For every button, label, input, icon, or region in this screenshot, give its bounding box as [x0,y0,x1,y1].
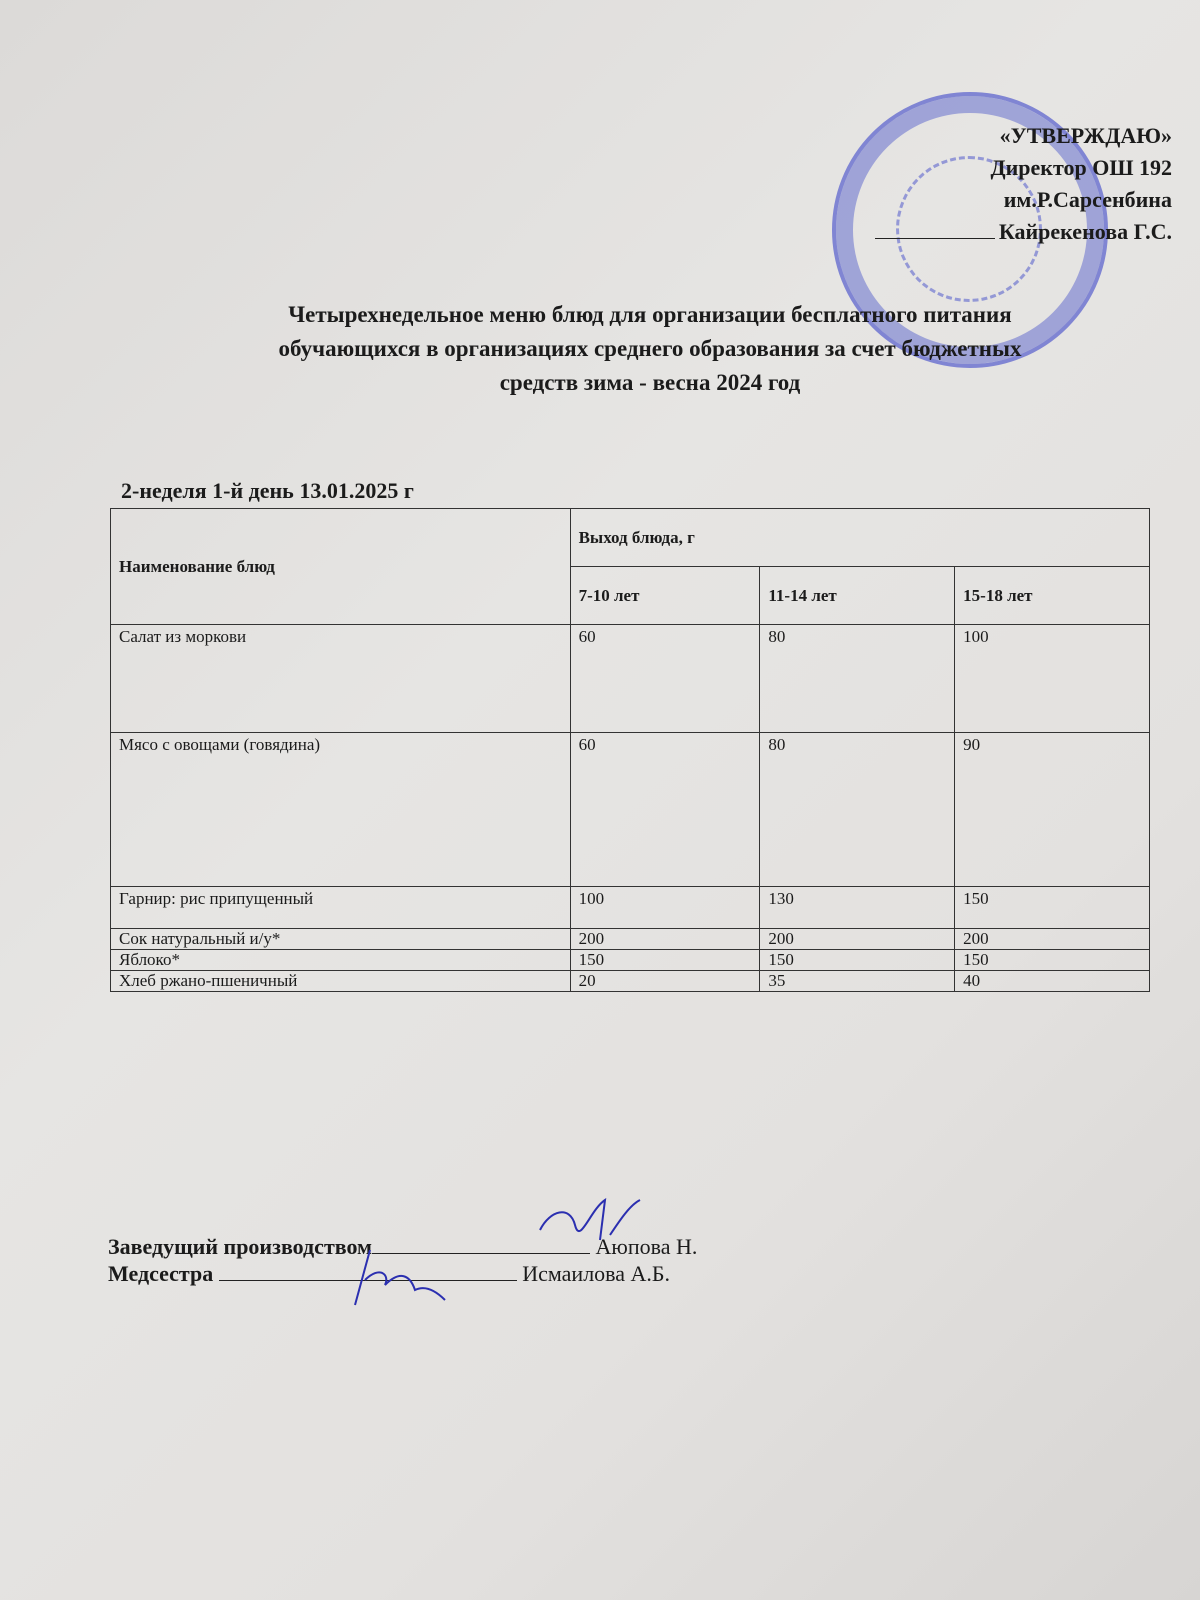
dish-name: Гарнир: рис припущенный [111,887,571,929]
table-row: Яблоко* 150 150 150 [111,950,1150,971]
portion-7-10: 60 [570,733,760,887]
menu-table: Наименование блюд Выход блюда, г 7-10 ле… [110,508,1150,992]
table-row: Сок натуральный и/у* 200 200 200 [111,929,1150,950]
portion-15-18: 150 [955,950,1150,971]
dish-name: Яблоко* [111,950,571,971]
portion-15-18: 90 [955,733,1150,887]
portion-11-14: 130 [760,887,955,929]
header-dish-name: Наименование блюд [111,509,571,625]
portion-7-10: 20 [570,971,760,992]
approval-heading: «УТВЕРЖДАЮ» [875,120,1172,152]
table-row: Гарнир: рис припущенный 100 130 150 [111,887,1150,929]
portion-15-18: 150 [955,887,1150,929]
header-age-11-14: 11-14 лет [760,567,955,625]
dish-name: Хлеб ржано-пшеничный [111,971,571,992]
portion-7-10: 150 [570,950,760,971]
header-age-15-18: 15-18 лет [955,567,1150,625]
signature-production-icon [530,1190,650,1260]
approval-position: Директор ОШ 192 [875,152,1172,184]
portion-7-10: 60 [570,625,760,733]
week-day-label: 2-неделя 1-й день 13.01.2025 г [121,478,414,504]
portion-7-10: 200 [570,929,760,950]
portion-11-14: 150 [760,950,955,971]
title-line-2: обучающихся в организациях среднего обра… [120,332,1180,366]
approval-block: «УТВЕРЖДАЮ» Директор ОШ 192 им.Р.Сарсенб… [875,120,1172,248]
portion-15-18: 40 [955,971,1150,992]
director-name: Кайрекенова Г.С. [999,219,1172,244]
director-signature-line [875,216,995,239]
table-row: Мясо с овощами (говядина) 60 80 90 [111,733,1150,887]
signer-role-production: Заведущий производством [108,1234,372,1259]
header-age-7-10: 7-10 лет [570,567,760,625]
portion-11-14: 80 [760,733,955,887]
document-title: Четырехнедельное меню блюд для организац… [120,298,1180,400]
title-line-1: Четырехнедельное меню блюд для организац… [120,298,1180,332]
title-line-3: средств зима - весна 2024 год [120,366,1180,400]
portion-11-14: 80 [760,625,955,733]
approval-school: им.Р.Сарсенбина [875,184,1172,216]
dish-name: Сок натуральный и/у* [111,929,571,950]
signer-role-nurse: Медсестра [108,1261,213,1286]
signer-name-nurse: Исмаилова А.Б. [522,1261,670,1286]
portion-7-10: 100 [570,887,760,929]
header-output: Выход блюда, г [570,509,1149,567]
portion-15-18: 200 [955,929,1150,950]
portion-11-14: 35 [760,971,955,992]
table-row: Хлеб ржано-пшеничный 20 35 40 [111,971,1150,992]
portion-15-18: 100 [955,625,1150,733]
dish-name: Салат из моркови [111,625,571,733]
signature-nurse-icon [345,1245,455,1315]
dish-name: Мясо с овощами (говядина) [111,733,571,887]
portion-11-14: 200 [760,929,955,950]
table-row: Салат из моркови 60 80 100 [111,625,1150,733]
